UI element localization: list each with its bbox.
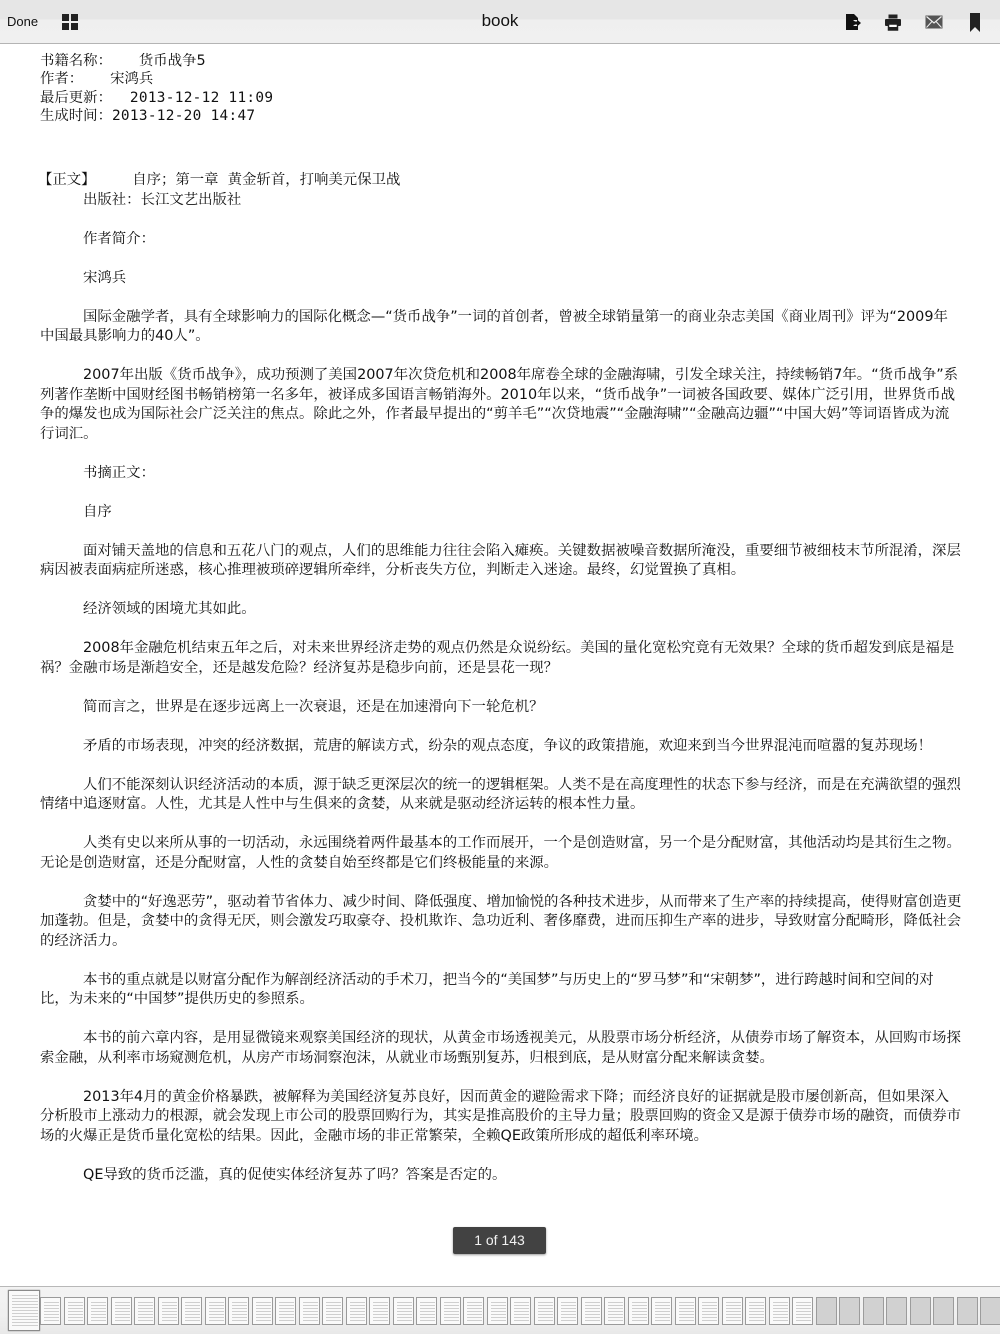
- page-thumbnail[interactable]: [698, 1297, 719, 1325]
- page-thumbnail[interactable]: [252, 1297, 273, 1325]
- page-thumbnail[interactable]: [722, 1297, 743, 1325]
- page-thumbnail[interactable]: [557, 1297, 578, 1325]
- spacer: [40, 125, 962, 171]
- paragraph: 2007年出版《货币战争》，成功预测了美国2007年次贷危机和2008年席卷全球…: [40, 366, 962, 444]
- page-thumbnail[interactable]: [651, 1297, 672, 1325]
- page-thumbnail[interactable]: [64, 1297, 85, 1325]
- share-export-icon: [844, 13, 862, 31]
- page-thumbnail[interactable]: [534, 1297, 555, 1325]
- page-thumbnail[interactable]: [111, 1297, 132, 1325]
- page-thumbnail[interactable]: [510, 1297, 531, 1325]
- meta-last-updated: 最后更新： 2013-12-12 11:09: [40, 89, 962, 107]
- page-thumbnail[interactable]: [933, 1297, 954, 1325]
- page-thumbnail[interactable]: [181, 1297, 202, 1325]
- paragraph: 国际金融学者，具有全球影响力的国际化概念—“货币战争”一词的首创者，曾被全球销量…: [40, 308, 962, 347]
- page-thumbnail[interactable]: [158, 1297, 179, 1325]
- page-thumbnail[interactable]: [463, 1297, 484, 1325]
- page-thumbnail[interactable]: [980, 1297, 1000, 1325]
- bookmark-button[interactable]: [965, 12, 985, 32]
- page-thumbnail[interactable]: [205, 1297, 226, 1325]
- paragraph: 面对铺天盖地的信息和五花八门的观点，人们的思维能力往往会陷入瘫痪。关键数据被噪音…: [40, 542, 962, 581]
- page-thumbnail[interactable]: [769, 1297, 790, 1325]
- paragraph: 本书的重点就是以财富分配作为解剖经济活动的手术刀，把当今的“美国梦”与历史上的“…: [40, 971, 962, 1010]
- chapter-heading: 【正文】 自序；第一章 黄金斩首，打响美元保卫战: [38, 171, 962, 191]
- page-thumbnail[interactable]: [581, 1297, 602, 1325]
- page-thumbnail[interactable]: [40, 1297, 61, 1325]
- paragraph: 经济领域的困境尤其如此。: [40, 600, 962, 620]
- page-thumbnail[interactable]: [134, 1297, 155, 1325]
- page-thumbnail[interactable]: [393, 1297, 414, 1325]
- paragraph: QE导致的货币泛滥，真的促使实体经济复苏了吗？答案是否定的。: [40, 1166, 962, 1186]
- author-label: 作者：: [40, 71, 83, 87]
- page-thumbnail[interactable]: [322, 1297, 343, 1325]
- page-thumbnail[interactable]: [228, 1297, 249, 1325]
- publisher-line: 出版社：长江文艺出版社: [40, 191, 962, 211]
- book-name-label: 书籍名称：: [40, 53, 112, 69]
- paragraph: 矛盾的市场表现，冲突的经济数据，荒唐的解读方式，纷杂的观点态度，争议的政策措施，…: [40, 737, 962, 757]
- page-thumbnail[interactable]: [346, 1297, 367, 1325]
- page-thumbnail[interactable]: [440, 1297, 461, 1325]
- grid-cell: [71, 14, 78, 21]
- page-thumbnail[interactable]: [816, 1297, 837, 1325]
- page-thumbnail[interactable]: [275, 1297, 296, 1325]
- paragraph: 人们不能深刻认识经济活动的本质，源于缺乏更深层次的统一的逻辑框架。人类不是在高度…: [40, 776, 962, 815]
- paragraph: 贪婪中的“好逸恶劳”，驱动着节省体力、减少时间、降低强度、增加愉悦的各种技术进步…: [40, 893, 962, 952]
- mail-button[interactable]: [924, 12, 944, 32]
- thumbnail-grid-button[interactable]: [62, 14, 79, 31]
- page-thumbnail[interactable]: [957, 1297, 978, 1325]
- document-page: 书籍名称： 货币战争5 作者： 宋鸿兵 最后更新： 2013-12-12 11:…: [40, 52, 962, 1205]
- author-value: 宋鸿兵: [110, 71, 153, 87]
- publisher-value: 长江文艺出版社: [141, 192, 242, 208]
- preface-heading: 自序: [40, 503, 962, 523]
- generated-value: 2013-12-20 14:47: [112, 108, 255, 124]
- meta-generated: 生成时间：2013-12-20 14:47: [40, 107, 962, 125]
- chapter-title: 自序；第一章 黄金斩首，打响美元保卫战: [132, 172, 400, 188]
- print-icon: [884, 13, 902, 31]
- page-thumbnail[interactable]: [792, 1297, 813, 1325]
- paragraph: 2013年4月的黄金价格暴跌，被解释为美国经济复苏良好，因而黄金的避险需求下降；…: [40, 1088, 962, 1147]
- done-button[interactable]: Done: [7, 14, 38, 29]
- book-name-value: 货币战争5: [139, 53, 206, 69]
- paragraph: 本书的前六章内容，是用显微镜来观察美国经济的现状，从黄金市场透视美元，从股票市场…: [40, 1029, 962, 1068]
- paragraph: 2008年金融危机结束五年之后，对未来世界经济走势的观点仍然是众说纷纭。美国的量…: [40, 639, 962, 678]
- page-thumbnail[interactable]: [369, 1297, 390, 1325]
- print-button[interactable]: [883, 12, 903, 32]
- share-export-button[interactable]: [843, 12, 863, 32]
- page-thumbnail-strip[interactable]: [0, 1286, 1000, 1334]
- paragraph: 人类有史以来所从事的一切活动，永远围绕着两件最基本的工作而展开，一个是创造财富，…: [40, 834, 962, 873]
- page-thumbnail[interactable]: [863, 1297, 884, 1325]
- top-toolbar: Done book: [0, 0, 1000, 44]
- page-thumbnail-current[interactable]: [8, 1290, 40, 1331]
- mail-icon: [925, 15, 943, 29]
- page-indicator: 1 of 143: [453, 1227, 546, 1254]
- page-thumbnail[interactable]: [299, 1297, 320, 1325]
- page-thumbnail[interactable]: [839, 1297, 860, 1325]
- page-thumbnail[interactable]: [487, 1297, 508, 1325]
- page-thumbnail[interactable]: [910, 1297, 931, 1325]
- section-tag: 【正文】: [38, 172, 96, 188]
- grid-cell: [71, 23, 78, 30]
- meta-author: 作者： 宋鸿兵: [40, 70, 962, 88]
- generated-label: 生成时间：: [40, 108, 112, 124]
- author-intro-label: 作者简介：: [40, 230, 962, 250]
- page-thumbnail[interactable]: [87, 1297, 108, 1325]
- meta-book-name: 书籍名称： 货币战争5: [40, 52, 962, 70]
- page-thumbnail[interactable]: [604, 1297, 625, 1325]
- bookmark-icon: [969, 13, 981, 32]
- page-thumbnail[interactable]: [745, 1297, 766, 1325]
- page-thumbnail[interactable]: [628, 1297, 649, 1325]
- last-updated-value: 2013-12-12 11:09: [130, 90, 273, 106]
- thumbnail-grid-icon: [62, 14, 69, 21]
- page-thumbnail[interactable]: [886, 1297, 907, 1325]
- paragraph: 简而言之，世界是在逐步远离上一次衰退，还是在加速滑向下一轮危机？: [40, 698, 962, 718]
- page-thumbnail[interactable]: [675, 1297, 696, 1325]
- last-updated-label: 最后更新：: [40, 90, 112, 106]
- grid-cell: [62, 23, 69, 30]
- page-thumbnail[interactable]: [416, 1297, 437, 1325]
- author-name: 宋鸿兵: [40, 269, 962, 289]
- excerpt-label: 书摘正文：: [40, 464, 962, 484]
- publisher-label: 出版社：: [83, 192, 141, 208]
